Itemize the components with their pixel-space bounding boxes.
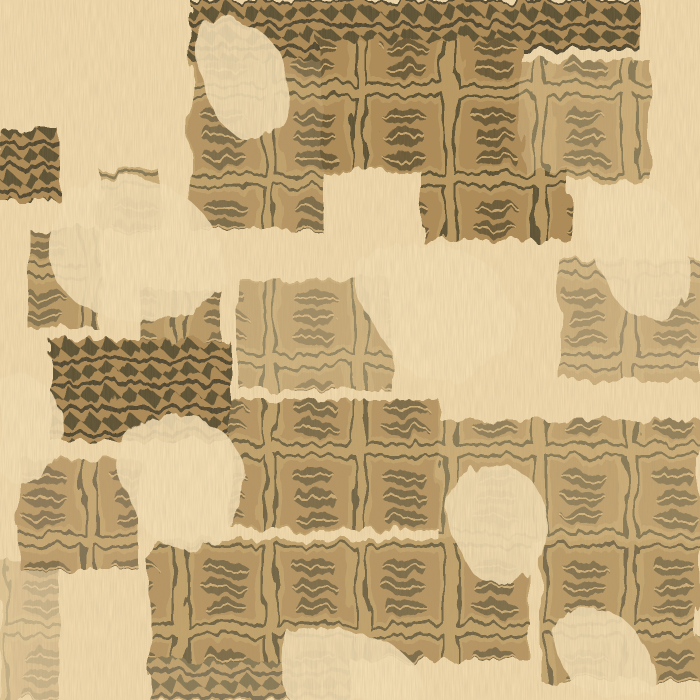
rug-texture-artwork	[0, 0, 700, 700]
rug-texture-image	[0, 0, 700, 700]
